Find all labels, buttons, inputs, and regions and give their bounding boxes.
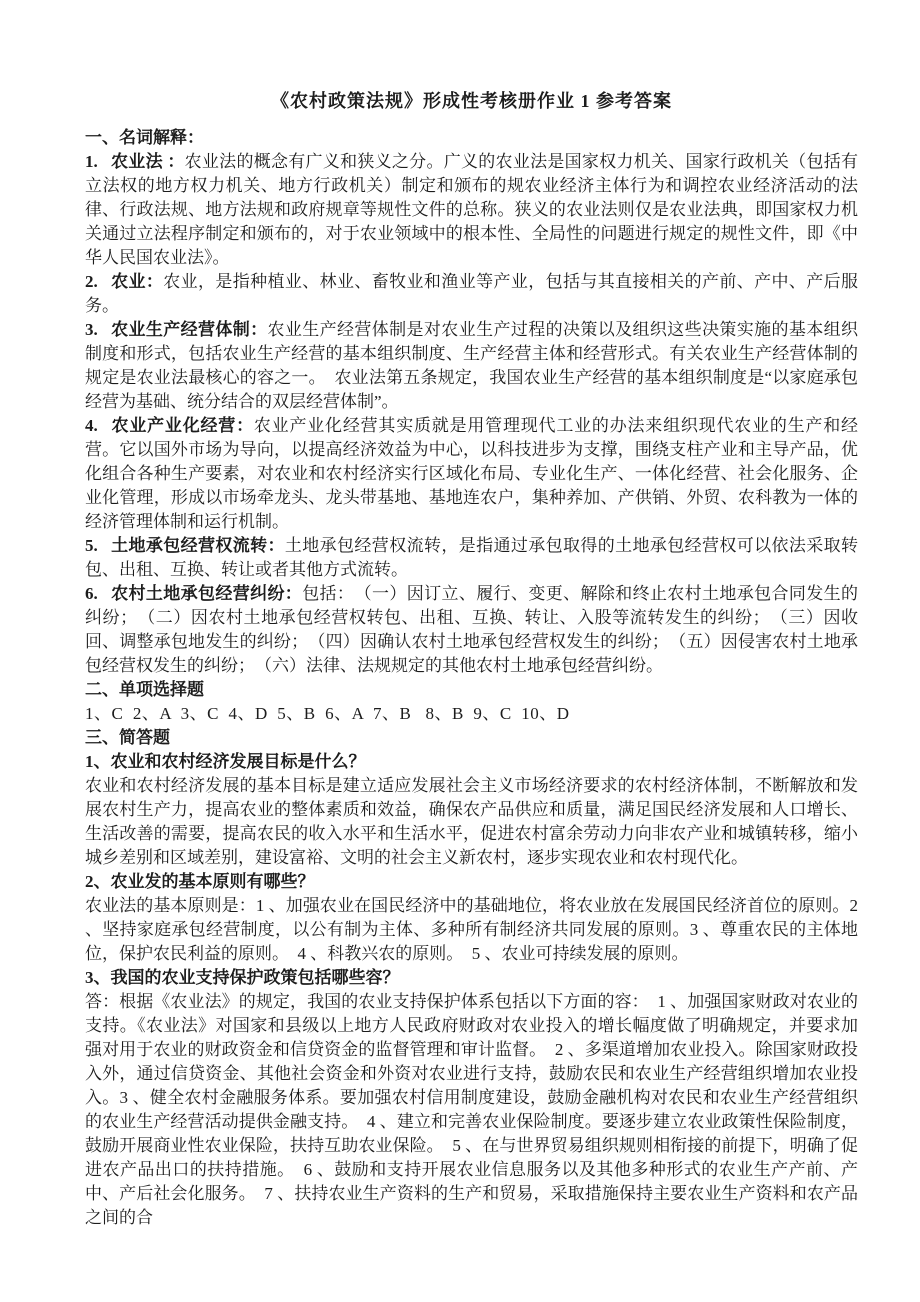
item-term: 农业法 ： [111, 152, 185, 171]
item-term: 农业： [111, 272, 164, 291]
item-term: 农业产业化经营： [111, 416, 254, 435]
item-number: 6. [85, 584, 98, 603]
answer-2: 农业法的基本原则是：1 、加强农业在国民经济中的基础地位，将农业放在发展国民经济… [85, 894, 858, 966]
item-number: 5. [85, 536, 98, 555]
question-2: 2、农业发的基本原则有哪些？ [85, 870, 858, 894]
section-heading-definitions: 一、名词解释： [85, 126, 858, 150]
item-text: 农业，是指种植业、林业、畜牧业和渔业等产业，包括与其直接相关的产前、产中、产后服… [85, 272, 858, 315]
item-text: 农业法的概念有广义和狭义之分。广义的农业法是国家权力机关、国家行政机关（包括有立… [85, 152, 858, 267]
definition-item: 1.农业法 ：农业法的概念有广义和狭义之分。广义的农业法是国家权力机关、国家行政… [85, 150, 858, 270]
page-title: 《农村政策法规》形成性考核册作业 1 参考答案 [85, 88, 858, 114]
item-number: 2. [85, 272, 98, 291]
definition-item: 2.农业：农业，是指种植业、林业、畜牧业和渔业等产业，包括与其直接相关的产前、产… [85, 270, 858, 318]
question-3: 3、我国的农业支持保护政策包括哪些容？ [85, 966, 858, 990]
item-number: 3. [85, 320, 98, 339]
item-term: 农业生产经营体制： [111, 320, 268, 339]
section-heading-multiple-choice: 二、单项选择题 [85, 678, 858, 702]
section-heading-short-answer: 三、简答题 [85, 726, 858, 750]
item-term: 土地承包经营权流转： [111, 536, 285, 555]
item-number: 1. [85, 152, 98, 171]
definition-item: 4.农业产业化经营：农业产业化经营其实质就是用管理现代工业的办法来组织现代农业的… [85, 414, 858, 534]
item-term: 农村土地承包经营纠纷： [111, 584, 302, 603]
item-number: 4. [85, 416, 98, 435]
definition-item: 6.农村土地承包经营纠纷：包括： （一）因订立、履行、变更、解除和终止农村土地承… [85, 582, 858, 678]
answer-1: 农业和农村经济发展的基本目标是建立适应发展社会主义市场经济要求的农村经济体制，不… [85, 774, 858, 870]
question-1: 1、农业和农村经济发展目标是什么？ [85, 750, 858, 774]
answer-3: 答：根据《农业法》的规定，我国的农业支持保护体系包括以下方面的容： 1 、加强国… [85, 990, 858, 1230]
definition-item: 5.土地承包经营权流转：土地承包经营权流转，是指通过承包取得的土地承包经营权可以… [85, 534, 858, 582]
document-page: 《农村政策法规》形成性考核册作业 1 参考答案 一、名词解释： 1.农业法 ：农… [0, 0, 920, 1302]
multiple-choice-answers: 1、C 2、A 3、C 4、D 5、B 6、A 7、B 8、B 9、C 10、D [85, 702, 858, 726]
definition-item: 3.农业生产经营体制：农业生产经营体制是对农业生产过程的决策以及组织这些决策实施… [85, 318, 858, 414]
